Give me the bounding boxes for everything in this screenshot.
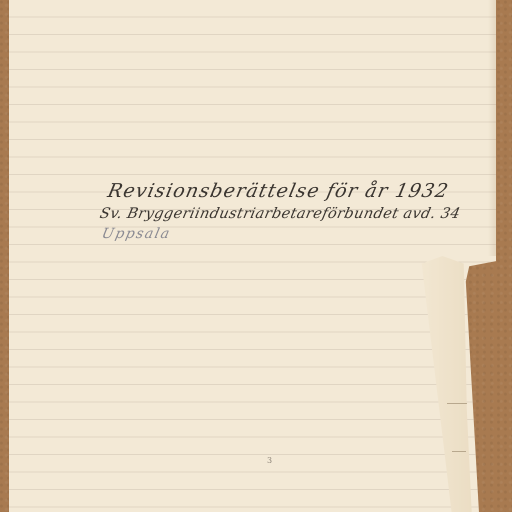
sheet-edge-shadow <box>488 0 496 256</box>
flap-crease <box>447 403 467 404</box>
city-name: Uppsala <box>100 226 172 242</box>
lined-paper-sheet <box>9 0 496 512</box>
page-number-mark: 3 <box>267 456 272 465</box>
flap-crease <box>452 451 466 452</box>
report-title: Revisionsberättelse för år 1932 <box>106 180 451 202</box>
organization-name: Sv. Bryggeriindustriarbetareförbundet av… <box>98 206 461 222</box>
